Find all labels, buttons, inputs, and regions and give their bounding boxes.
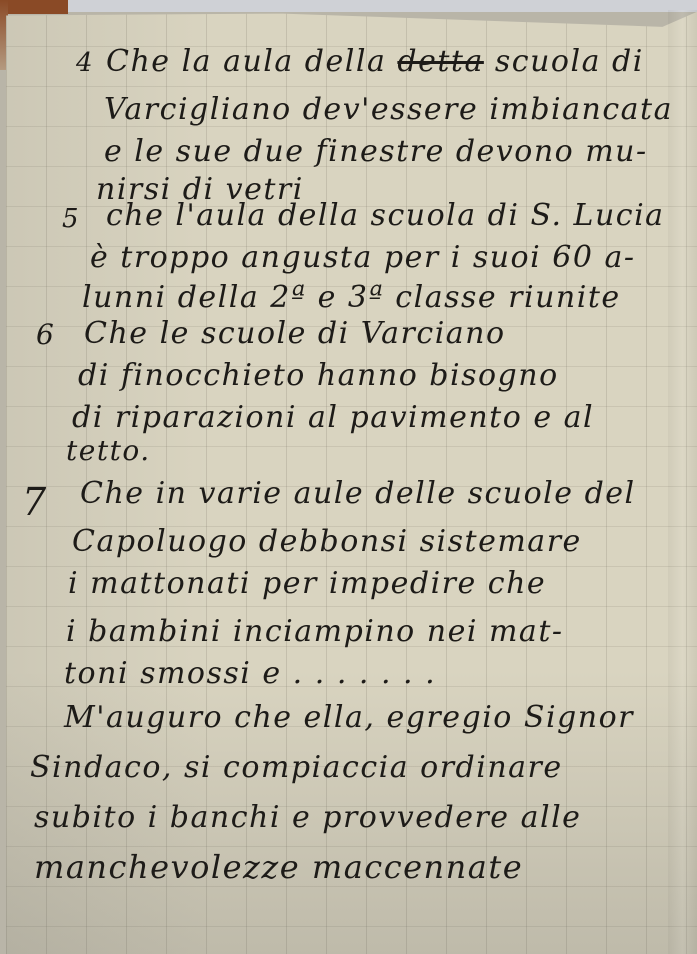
item-number: 7 [22, 480, 46, 524]
item-number: 5 [62, 204, 79, 234]
item-number: 4 [76, 48, 93, 78]
closing-line: manchevolezze maccennate [34, 848, 523, 886]
handwritten-line: e le sue due finestre devono mu- [104, 134, 648, 169]
handwritten-line: Che le scuole di Varciano [84, 316, 506, 351]
photo-scene: 4 Che la aula della detta scuola di Varc… [0, 0, 697, 954]
handwritten-line: Che in varie aule delle scuole del [80, 476, 636, 511]
handwritten-line: Capoluogo debbonsi sistemare [72, 524, 582, 559]
closing-line: Sindaco, si compiaccia ordinare [30, 750, 563, 785]
closing-line: subito i banchi e provvedere alle [34, 800, 581, 835]
line-text: Che la aula della [106, 44, 386, 79]
closing-line: M'auguro che ella, egregio Signor [64, 700, 634, 735]
item-number: 6 [36, 318, 54, 351]
handwritten-line: che l'aula della scuola di S. Lucia [106, 198, 665, 233]
handwritten-line: tetto. [66, 434, 151, 467]
handwritten-line: di finocchieto hanno bisogno [78, 358, 559, 393]
handwritten-line: i mattonati per impedire che [68, 566, 546, 601]
line-text: scuola di [495, 44, 644, 79]
handwritten-line: Varcigliano dev'essere imbiancata [104, 92, 673, 127]
handwritten-text: 4 Che la aula della detta scuola di Varc… [0, 0, 697, 954]
handwritten-line: Che la aula della detta scuola di [106, 44, 644, 79]
handwritten-line: lunni della 2ª e 3ª classe riunite [82, 280, 621, 315]
handwritten-line: i bambini inciampino nei mat- [66, 614, 564, 649]
handwritten-line: è troppo angusta per i suoi 60 a- [90, 240, 635, 275]
struck-word: detta [397, 44, 483, 79]
handwritten-line: toni smossi e . . . . . . . [64, 656, 436, 691]
handwritten-line: di riparazioni al pavimento e al [72, 400, 594, 435]
